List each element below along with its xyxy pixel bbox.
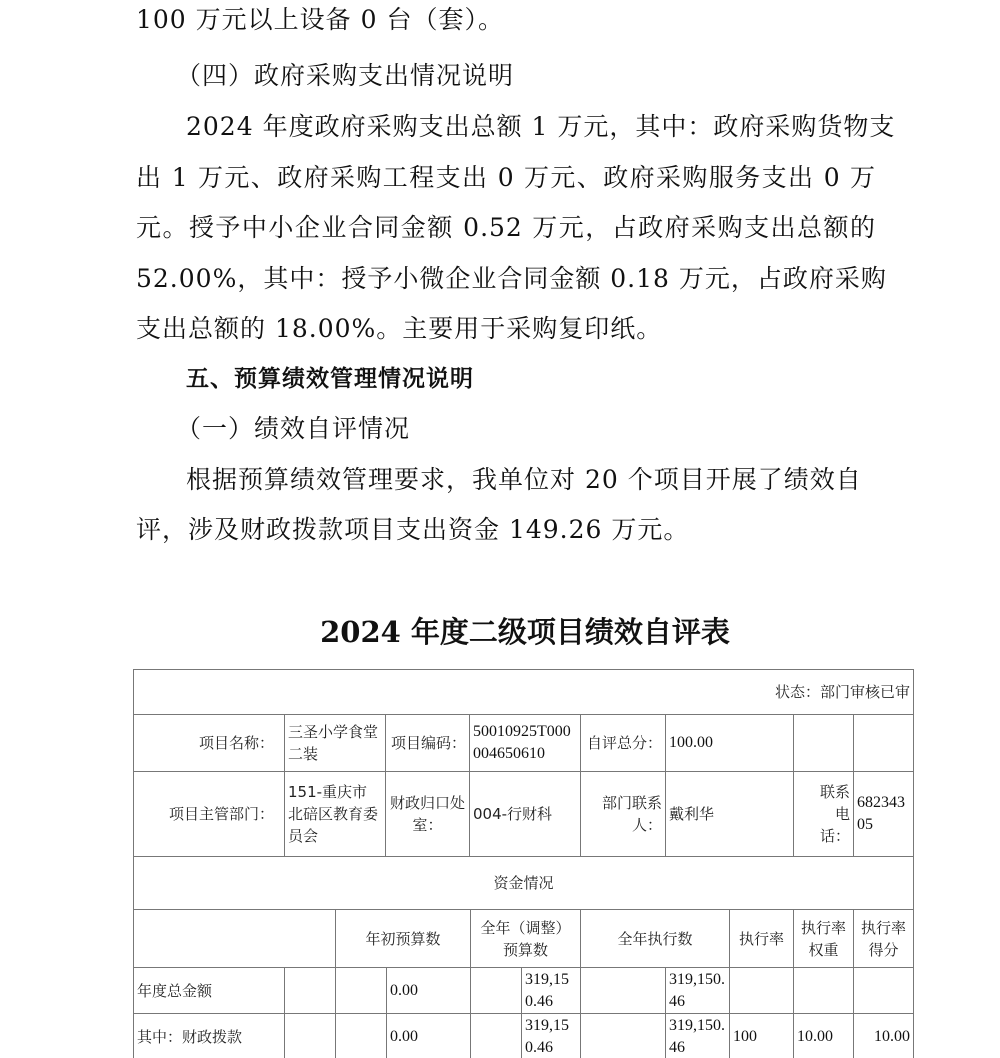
empty-cell xyxy=(284,1013,336,1058)
empty-cell xyxy=(470,967,522,1014)
empty-cell xyxy=(335,1013,387,1058)
project-name-value: 三圣小学食堂二装 xyxy=(284,714,386,772)
col-executed: 全年执行数 xyxy=(580,909,730,968)
self-score-value: 100.00 xyxy=(665,714,794,772)
self-score-label: 自评总分： xyxy=(580,714,666,772)
col-adjusted-budget: 全年（调整）预算数 xyxy=(470,909,581,968)
finance-office-value: 004-行财科 xyxy=(469,771,581,857)
col-initial-budget: 年初预算数 xyxy=(335,909,471,968)
dept-label: 项目主管部门： xyxy=(133,771,285,857)
table-title: 2024 年度二级项目绩效自评表 xyxy=(0,612,1000,652)
row-total-initial: 0.00 xyxy=(386,967,471,1014)
empty-cell xyxy=(580,967,666,1014)
row-fiscal-executed: 319,150.46 xyxy=(665,1013,730,1058)
paragraph-procurement-line-5: 支出总额的 18.00%。主要用于采购复印纸。 xyxy=(136,314,662,344)
empty-cell xyxy=(853,714,914,772)
empty-cell xyxy=(470,1013,522,1058)
col-weight: 执行率权重 xyxy=(793,909,854,968)
paragraph-evaluation-line-1: 根据预算绩效管理要求，我单位对 20 个项目开展了绩效自 xyxy=(186,465,876,495)
phone-value: 68234305 xyxy=(853,771,914,857)
row-fiscal-weight: 10.00 xyxy=(793,1013,854,1058)
row-fiscal-rate: 100 xyxy=(729,1013,794,1058)
project-code-label: 项目编码： xyxy=(385,714,470,772)
empty-cell xyxy=(793,714,854,772)
finance-office-label: 财政归口处室： xyxy=(385,771,470,857)
row-total-weight xyxy=(793,967,854,1014)
col-rate: 执行率 xyxy=(729,909,794,968)
empty-cell xyxy=(284,967,336,1014)
paragraph-procurement-line-1: 2024 年度政府采购支出总额 1 万元，其中：政府采购货物支 xyxy=(186,112,876,142)
row-fiscal-adjusted: 319,150.46 xyxy=(521,1013,581,1058)
row-total-adjusted: 319,150.46 xyxy=(521,967,581,1014)
project-code-value: 50010925T000004650610 xyxy=(469,714,581,772)
header-empty xyxy=(133,909,336,968)
status-cell: 状态：部门审核已审 xyxy=(133,669,914,715)
row-total-rate xyxy=(729,967,794,1014)
paragraph-evaluation-line-2: 评，涉及财政拨款项目支出资金 149.26 万元。 xyxy=(136,515,689,545)
row-fiscal-label: 其中：财政拨款 xyxy=(133,1013,285,1058)
performance-table: 状态：部门审核已审 项目名称： 三圣小学食堂二装 项目编码： 50010925T… xyxy=(133,669,914,1058)
heading-self-evaluation: （一）绩效自评情况 xyxy=(176,414,410,444)
project-name-label: 项目名称： xyxy=(133,714,285,772)
dept-value: 151-重庆市北碚区教育委员会 xyxy=(284,771,386,857)
contact-label: 部门联系人： xyxy=(580,771,666,857)
empty-cell xyxy=(580,1013,666,1058)
contact-value: 戴利华 xyxy=(665,771,794,857)
row-fiscal-initial: 0.00 xyxy=(386,1013,471,1058)
paragraph-procurement-line-4: 52.00%，其中：授予小微企业合同金额 0.18 万元，占政府采购 xyxy=(136,264,876,294)
row-total-score xyxy=(853,967,914,1014)
status-text: 状态：部门审核已审 xyxy=(775,681,910,703)
paragraph-procurement-line-2: 出 1 万元、政府采购工程支出 0 万元、政府采购服务支出 0 万 xyxy=(136,163,876,193)
paragraph-equipment: 100 万元以上设备 0 台（套）。 xyxy=(136,5,504,35)
heading-procurement: （四）政府采购支出情况说明 xyxy=(176,61,514,91)
row-total-label: 年度总金额 xyxy=(133,967,285,1014)
phone-label: 联系电话： xyxy=(793,771,854,857)
funds-header: 资金情况 xyxy=(133,856,914,910)
paragraph-procurement-line-3: 元。授予中小企业合同金额 0.52 万元，占政府采购支出总额的 xyxy=(136,213,876,243)
row-total-executed: 319,150.46 xyxy=(665,967,730,1014)
heading-budget-performance: 五、预算绩效管理情况说明 xyxy=(186,364,474,394)
col-score: 执行率得分 xyxy=(853,909,914,968)
empty-cell xyxy=(335,967,387,1014)
row-fiscal-score: 10.00 xyxy=(853,1013,914,1058)
